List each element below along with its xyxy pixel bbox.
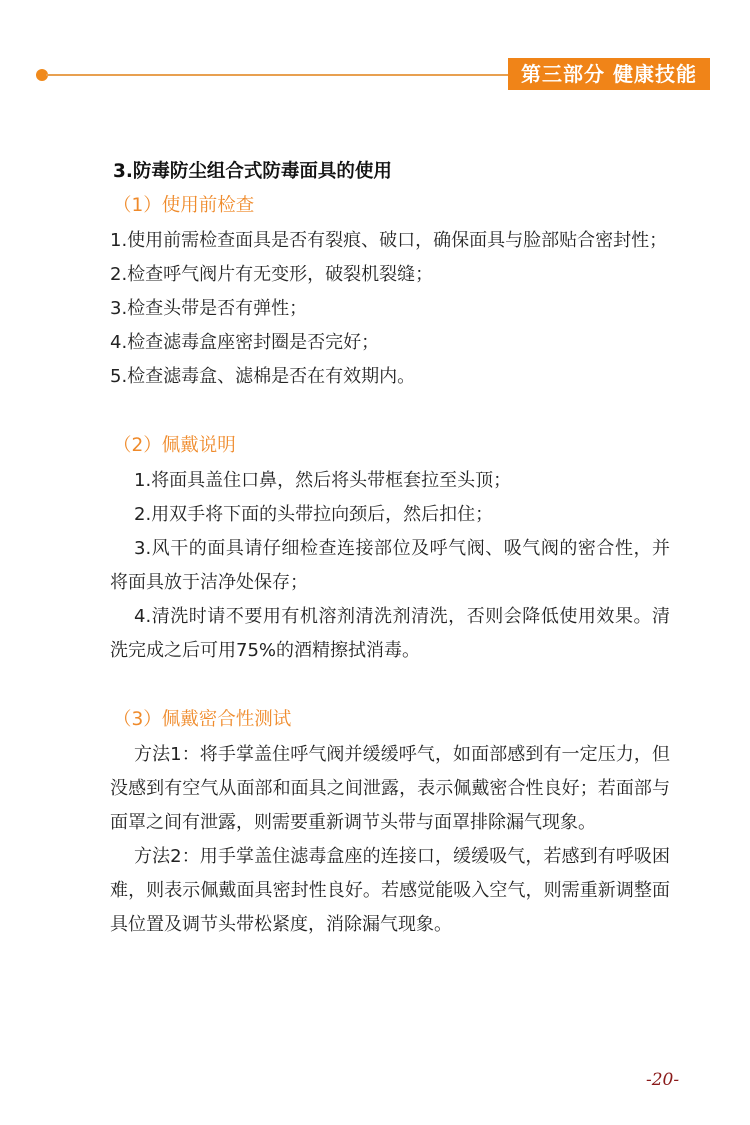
paragraph: 1.将面具盖住口鼻，然后将头带框套拉至头顶； bbox=[110, 464, 670, 498]
list-item: 4.检查滤毒盒座密封圈是否完好； bbox=[110, 326, 670, 360]
section-tag: 第三部分 健康技能 bbox=[508, 58, 710, 90]
section-heading-pre-use-check: （1）使用前检查 bbox=[113, 188, 670, 224]
list-item: 1.使用前需检查面具是否有裂痕、破口，确保面具与脸部贴合密封性； bbox=[110, 224, 670, 258]
paragraph: 2.用双手将下面的头带拉向颈后，然后扣住； bbox=[110, 498, 670, 532]
paragraph: 3.风干的面具请仔细检查连接部位及呼气阀、吸气阀的密合性，并将面具放于洁净处保存… bbox=[110, 532, 670, 600]
list-item: 5.检查滤毒盒、滤棉是否在有效期内。 bbox=[110, 360, 670, 394]
section-heading-wearing-instructions: （2）佩戴说明 bbox=[113, 428, 670, 464]
document-body: 3.防毒防尘组合式防毒面具的使用 （1）使用前检查 1.使用前需检查面具是否有裂… bbox=[110, 156, 670, 942]
page-title: 3.防毒防尘组合式防毒面具的使用 bbox=[113, 156, 670, 188]
paragraph: 方法1：将手掌盖住呼气阀并缓缓呼气，如面部感到有一定压力，但没感到有空气从面部和… bbox=[110, 738, 670, 840]
list-item: 2.检查呼气阀片有无变形，破裂机裂缝； bbox=[110, 258, 670, 292]
paragraph: 方法2：用手掌盖住滤毒盒座的连接口，缓缓吸气，若感到有呼吸困难，则表示佩戴面具密… bbox=[110, 840, 670, 942]
list-item: 3.检查头带是否有弹性； bbox=[110, 292, 670, 326]
paragraph: 4.清洗时请不要用有机溶剂清洗剂清洗，否则会降低使用效果。清洗完成之后可用75%… bbox=[110, 600, 670, 668]
page-number: -20- bbox=[646, 1070, 679, 1090]
section-heading-fit-test: （3）佩戴密合性测试 bbox=[113, 702, 670, 738]
header-divider bbox=[46, 74, 510, 76]
